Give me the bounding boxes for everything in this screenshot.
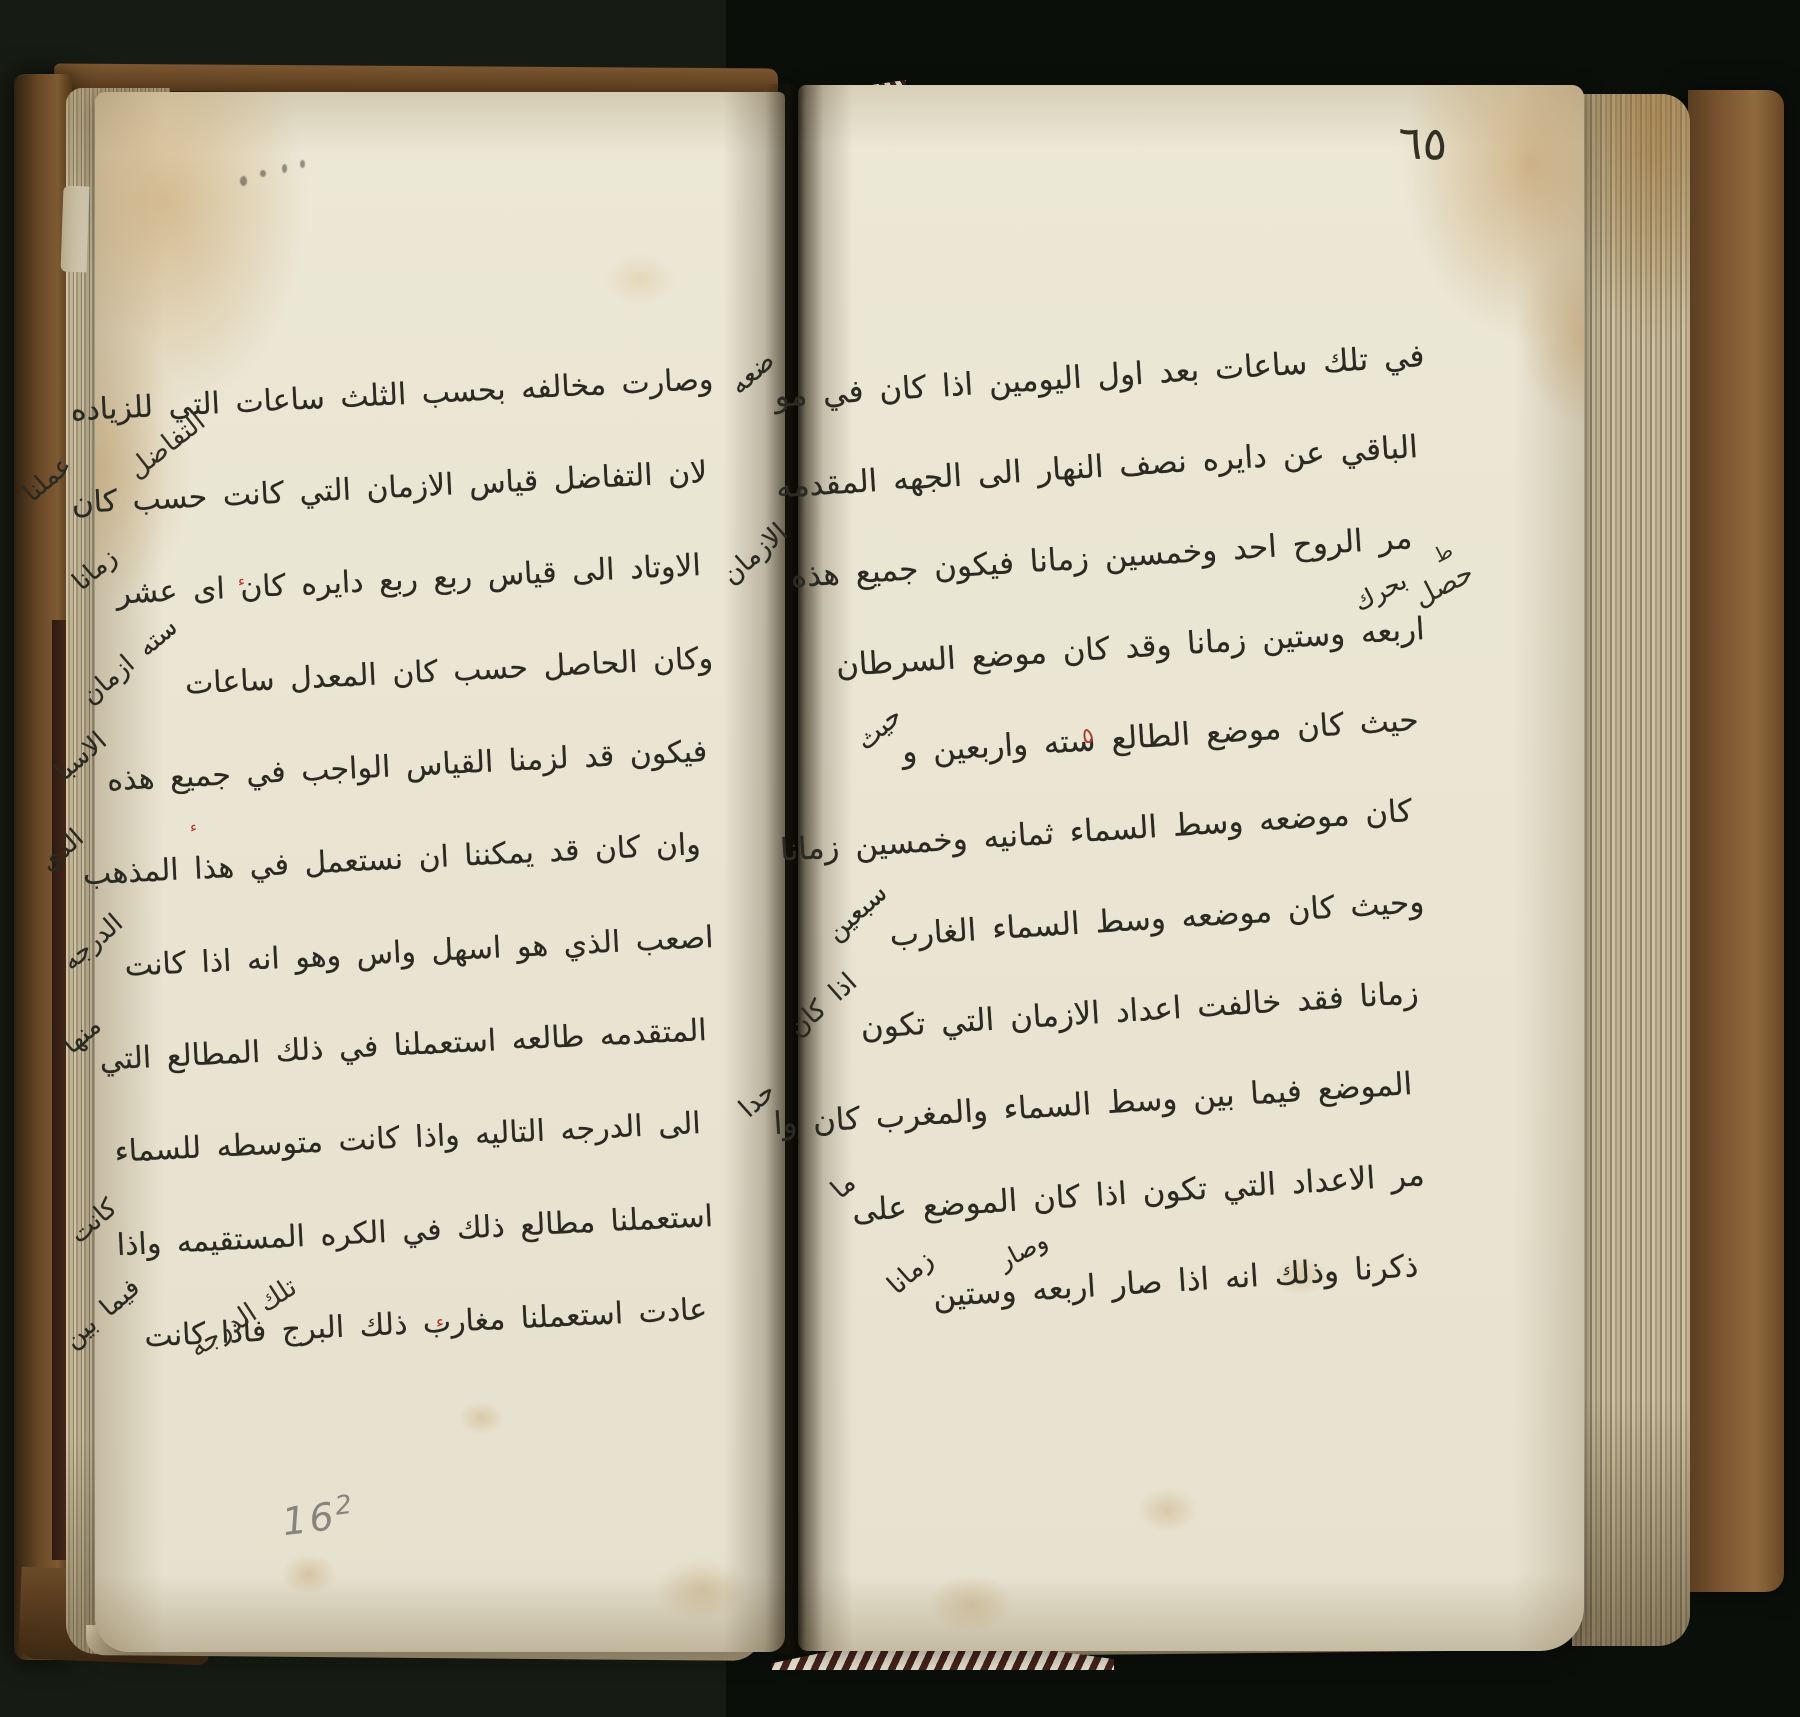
red-correction-mark: ء (238, 572, 245, 590)
text-line: بحركاربعه وستين زمانا وقد كان موضع السرط… (835, 611, 1426, 684)
interlinear-word: بحرك (1349, 566, 1411, 617)
right-page-block-fore-edge (1572, 94, 1690, 1646)
faint-ink-marks (238, 160, 312, 190)
right-page-text-block: في تلك ساعات بعد اول اليومين اذا كان في … (860, 338, 1418, 1368)
interlinear-word: وصار (993, 1227, 1051, 1276)
red-correction-mark: ء (190, 818, 197, 836)
raised-line-end: زمانا (882, 1245, 939, 1301)
text-line: كان موضعه وسط السماء ثمانيه وخمسين زمانا (779, 793, 1413, 869)
text-line: الباقي عن دايره نصف النهار الى الجهه الم… (775, 429, 1419, 505)
right-leather-cover (1688, 90, 1784, 1592)
gutter-shadow (765, 84, 823, 1654)
manuscript-photo: ٦٥ في تلك ساعات بعد اول اليومين اذا كان … (0, 0, 1800, 1717)
text-line: وصارذكرنا وذلك انه اذا صار اربعه وستينزم… (882, 1248, 1419, 1318)
text-line: وحيث كان موضعه وسط السماء الغاربسبعين (818, 884, 1425, 958)
text-line: مر الاعداد التي تكون اذا كان الموضع علىم… (829, 1157, 1426, 1230)
text-line: زمانا فقد خالفت اعداد الازمان التي تكونا… (779, 975, 1419, 1051)
left-page-text-block: وصارت مخالفه بحسب الثلث ساعات التي للزيا… (225, 362, 707, 1412)
pencil-folio-number: 162 (279, 1490, 355, 1544)
paper-tab (61, 186, 90, 273)
red-correction-mark: ء (436, 1312, 444, 1332)
folio-number: ٦٥ (1397, 115, 1448, 171)
text-line: حيث كان موضع الطالع سته واربعين وحيث (850, 702, 1419, 774)
